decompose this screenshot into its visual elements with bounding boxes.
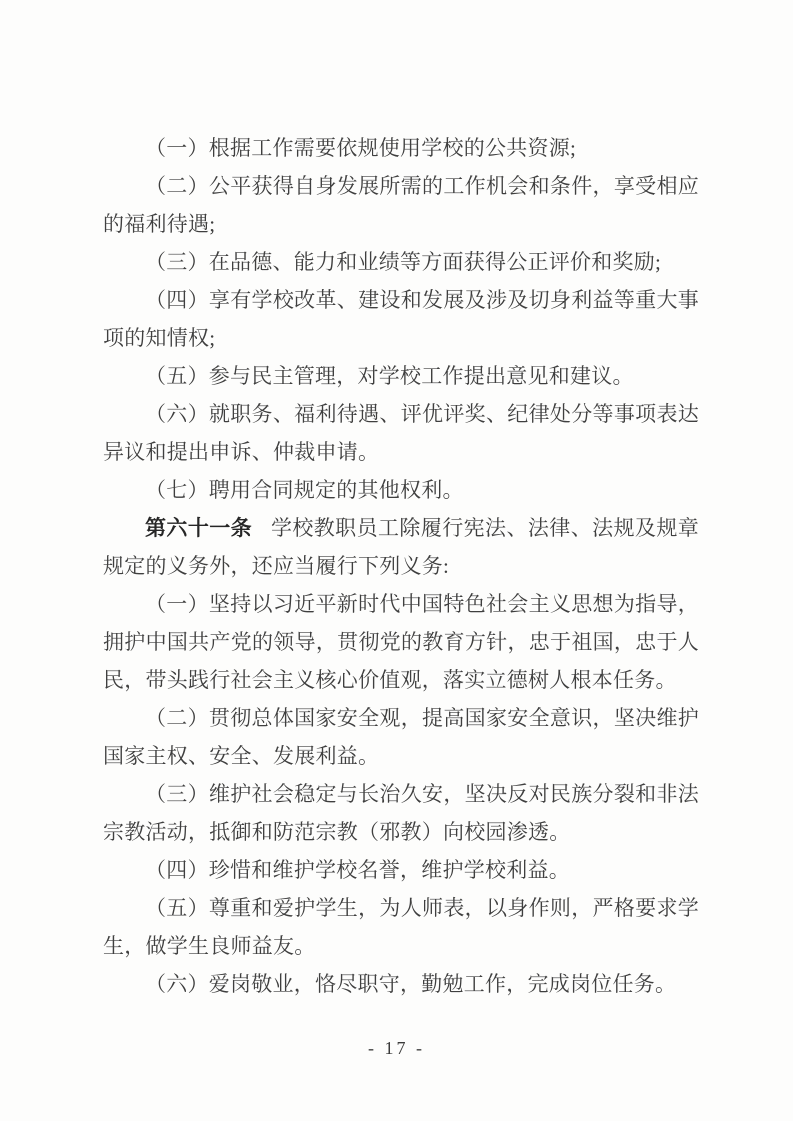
page-number: - 17 - [0,1038,793,1059]
document-page: （一）根据工作需要依规使用学校的公共资源;（二）公平获得自身发展所需的工作机会和… [0,0,793,1121]
text-line: 国家主权、安全、发展利益。 [103,737,699,775]
text-line: （一）坚持以习近平新时代中国特色社会主义思想为指导， [103,585,699,623]
text-line: （五）参与民主管理，对学校工作提出意见和建议。 [103,357,699,395]
text-line: 的福利待遇; [103,205,699,243]
text-block: （一）根据工作需要依规使用学校的公共资源;（二）公平获得自身发展所需的工作机会和… [103,129,699,1003]
text-line: （三）维护社会稳定与长治久安，坚决反对民族分裂和非法 [103,775,699,813]
text-line: （四）珍惜和维护学校名誉，维护学校利益。 [103,851,699,889]
text-line: 拥护中国共产党的领导，贯彻党的教育方针，忠于祖国，忠于人 [103,623,699,661]
text-line: （四）享有学校改革、建设和发展及涉及切身利益等重大事 [103,281,699,319]
text-line: 第六十一条学校教职员工除履行宪法、法律、法规及规章 [103,509,699,547]
text-line: 生，做学生良师益友。 [103,927,699,965]
text-line: （六）爱岗敬业，恪尽职守，勤勉工作，完成岗位任务。 [103,965,699,1003]
text-line: （二）公平获得自身发展所需的工作机会和条件，享受相应 [103,167,699,205]
text-line: 宗教活动，抵御和防范宗教（邪教）向校园渗透。 [103,813,699,851]
text-line: 规定的义务外，还应当履行下列义务: [103,547,699,585]
text-line: 项的知情权; [103,319,699,357]
text-line: （七）聘用合同规定的其他权利。 [103,471,699,509]
text-line: （六）就职务、福利待遇、评优评奖、纪律处分等事项表达 [103,395,699,433]
text-line: 异议和提出申诉、仲裁申请。 [103,433,699,471]
article-number: 第六十一条 [145,516,252,540]
article-text: 学校教职员工除履行宪法、法律、法规及规章 [271,516,699,540]
text-line: （五）尊重和爱护学生，为人师表，以身作则，严格要求学 [103,889,699,927]
text-line: （二）贯彻总体国家安全观，提高国家安全意识，坚决维护 [103,699,699,737]
text-line: （三）在品德、能力和业绩等方面获得公正评价和奖励; [103,243,699,281]
text-line: 民，带头践行社会主义核心价值观，落实立德树人根本任务。 [103,661,699,699]
text-line: （一）根据工作需要依规使用学校的公共资源; [103,129,699,167]
